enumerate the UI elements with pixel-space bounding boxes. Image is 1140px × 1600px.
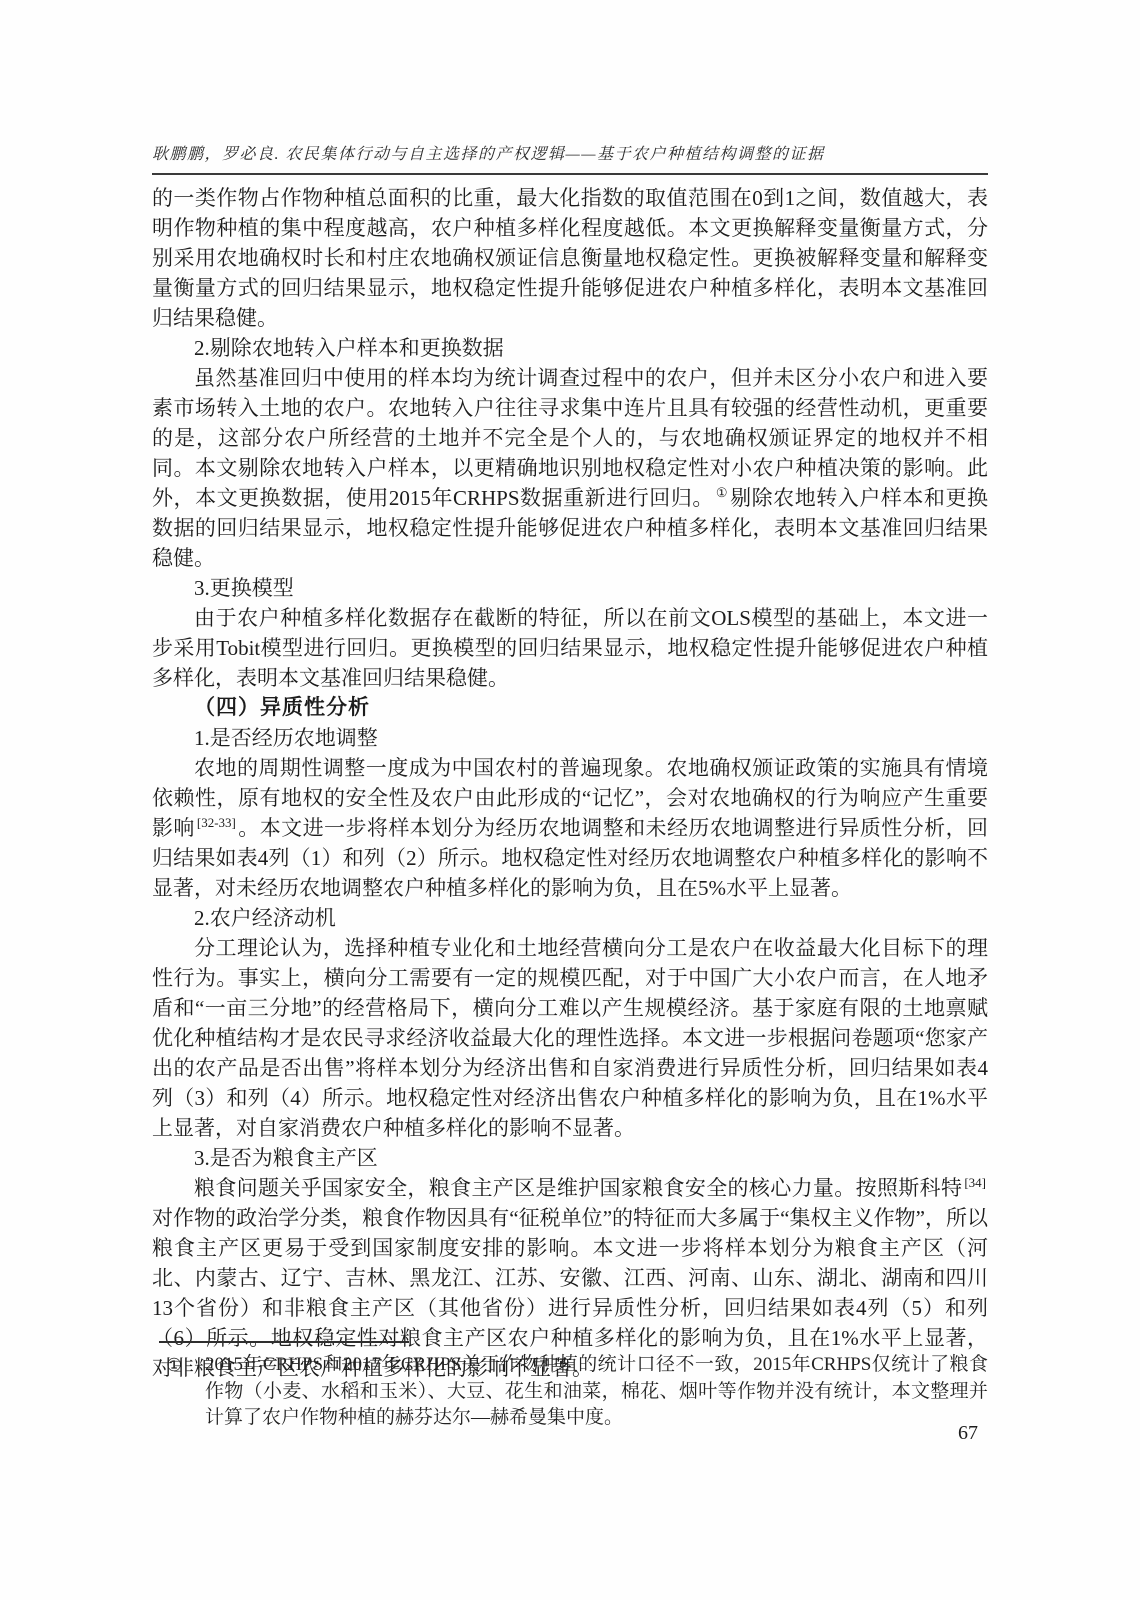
text-run: 由于农户种植多样化数据存在截断的特征，所以在前文OLS模型的基础上，本文进一步采… <box>152 606 988 690</box>
paragraph: 农地的周期性调整一度成为中国农村的普遍现象。农地确权颁证政策的实施具有情境依赖性… <box>152 753 988 903</box>
subheading: 3.是否为粮食主产区 <box>152 1143 988 1173</box>
superscript-ref: [32-33] <box>197 815 236 830</box>
superscript-ref: ① <box>716 485 728 500</box>
text-run: （四）异质性分析 <box>194 696 370 719</box>
article-body: 的一类作物占作物种植总面积的比重，最大化指数的取值范围在0到1之间，数值越大，表… <box>152 183 988 1383</box>
text-run: 3.是否为粮食主产区 <box>194 1146 378 1170</box>
subheading: 2.剔除农地转入户样本和更换数据 <box>152 333 988 363</box>
text-run: 分工理论认为，选择种植专业化和土地经营横向分工是农户在收益最大化目标下的理性行为… <box>152 936 988 1140</box>
footnote-divider <box>159 1341 409 1343</box>
paper-page: 耿鹏鹏，罗必良. 农民集体行动与自主选择的产权逻辑——基于农户种植结构调整的证据… <box>0 0 1140 1600</box>
paragraph: 虽然基准回归中使用的样本均为统计调查过程中的农户，但并未区分小农户和进入要素市场… <box>152 363 988 573</box>
subheading: 1.是否经历农地调整 <box>152 723 988 753</box>
text-run: 。本文进一步将样本划分为经历农地调整和未经历农地调整进行异质性分析，回归结果如表… <box>152 816 988 900</box>
text-run: 1.是否经历农地调整 <box>194 726 378 750</box>
subheading: 3.更换模型 <box>152 573 988 603</box>
paragraph: 的一类作物占作物种植总面积的比重，最大化指数的取值范围在0到1之间，数值越大，表… <box>152 183 988 333</box>
section-heading: （四）异质性分析 <box>152 693 988 723</box>
footnote-item: ① 2015年CRHPS和2017年CRHPS关于作物种植的统计口径不一致，20… <box>152 1352 988 1432</box>
running-header: 耿鹏鹏，罗必良. 农民集体行动与自主选择的产权逻辑——基于农户种植结构调整的证据 <box>152 141 988 175</box>
text-run: 2.剔除农地转入户样本和更换数据 <box>194 336 504 360</box>
text-run: 的一类作物占作物种植总面积的比重，最大化指数的取值范围在0到1之间，数值越大，表… <box>152 186 988 330</box>
paragraph: 分工理论认为，选择种植专业化和土地经营横向分工是农户在收益最大化目标下的理性行为… <box>152 933 988 1143</box>
text-run: 粮食问题关乎国家安全，粮食主产区是维护国家粮食安全的核心力量。按照斯科特 <box>194 1176 962 1200</box>
paragraph: 由于农户种植多样化数据存在截断的特征，所以在前文OLS模型的基础上，本文进一步采… <box>152 603 988 693</box>
text-run: 2.农户经济动机 <box>194 906 336 930</box>
footnote-area: ① 2015年CRHPS和2017年CRHPS关于作物种植的统计口径不一致，20… <box>152 1341 988 1432</box>
page-number: 67 <box>958 1422 978 1445</box>
footnote-text: 2015年CRHPS和2017年CRHPS关于作物种植的统计口径不一致，2015… <box>205 1352 988 1432</box>
footnote-marker: ① <box>166 1352 205 1432</box>
superscript-ref: [34] <box>964 1175 986 1190</box>
text-run: 3.更换模型 <box>194 576 294 600</box>
subheading: 2.农户经济动机 <box>152 903 988 933</box>
